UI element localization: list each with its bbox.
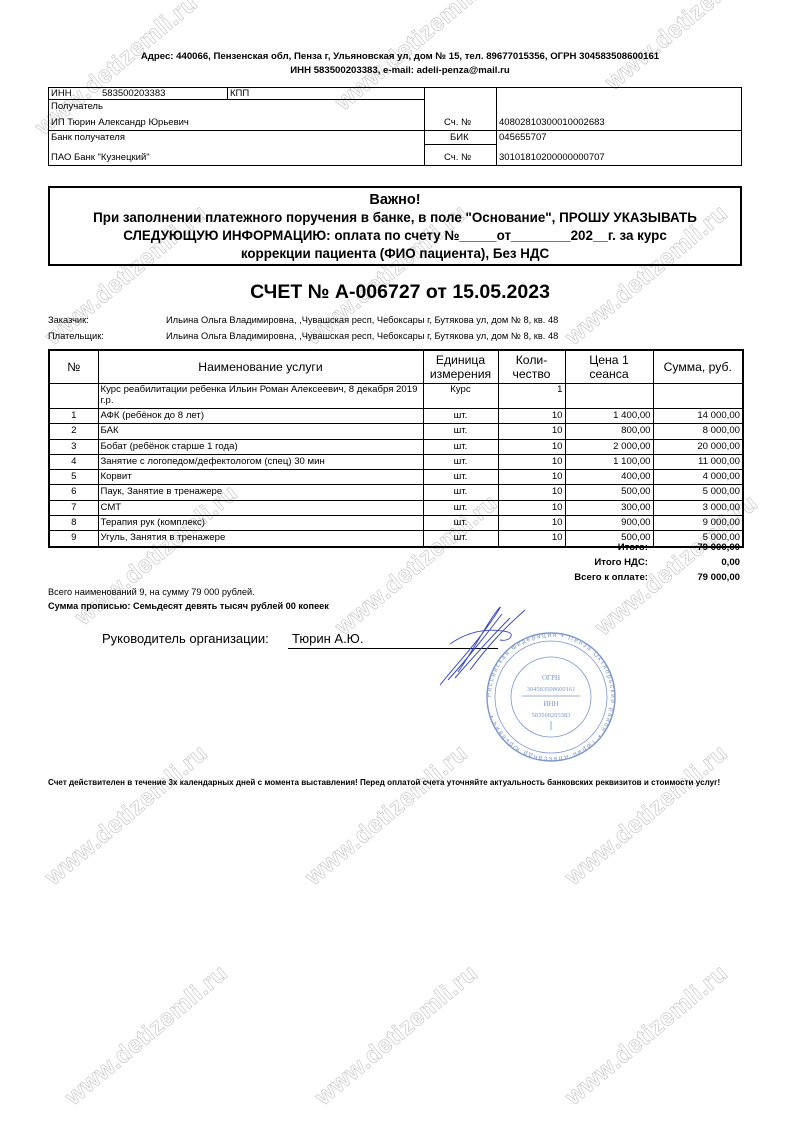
recipient-label: Получатель <box>51 101 103 112</box>
watermark-text: www.detizemli.ru <box>40 739 214 891</box>
row-qty: 10 <box>498 424 565 439</box>
col-sum-header: Сумма, руб. <box>653 350 743 384</box>
bik-value: 045655707 <box>499 132 547 143</box>
table-row: 4Занятие с логопедом/дефектологом (спец)… <box>49 454 743 469</box>
row-qty: 10 <box>498 454 565 469</box>
col-price-header: Цена 1сеанса <box>565 350 653 384</box>
row-sum: 8 000,00 <box>653 424 743 439</box>
course-qty: 1 <box>498 384 565 409</box>
row-price: 1 100,00 <box>565 454 653 469</box>
row-unit: шт. <box>423 500 498 515</box>
bank-name-label: Банк получателя <box>51 132 125 143</box>
row-unit: шт. <box>423 470 498 485</box>
row-num: 9 <box>49 531 98 547</box>
table-row: 6Паук, Занятие в тренажерешт.10500,005 0… <box>49 485 743 500</box>
table-row: 3Бобат (ребёнок старше 1 года)шт.102 000… <box>49 439 743 454</box>
col-num-header: № <box>49 350 98 384</box>
total-label: Итого: <box>480 542 648 553</box>
watermark-text: www.detizemli.ru <box>300 739 474 891</box>
row-num: 3 <box>49 439 98 454</box>
row-name: Занятие с логопедом/дефектологом (спец) … <box>98 454 423 469</box>
notice-title: Важно! <box>50 191 740 209</box>
customer-label: Заказчик: <box>48 315 89 325</box>
vat-value: 0,00 <box>650 557 740 568</box>
corr-account-value: 30101810200000000707 <box>499 152 605 163</box>
watermark-text: www.detizemli.ru <box>60 959 234 1111</box>
row-num: 8 <box>49 516 98 531</box>
row-sum: 14 000,00 <box>653 409 743 424</box>
row-sum: 3 000,00 <box>653 500 743 515</box>
col-qty-header: Коли-чество <box>498 350 565 384</box>
account-value: 40802810300010002683 <box>499 117 605 128</box>
row-num: 4 <box>49 454 98 469</box>
corr-account-label: Сч. № <box>444 152 471 163</box>
table-row: 1АФК (ребёнок до 8 лет)шт.101 400,0014 0… <box>49 409 743 424</box>
vat-label: Итого НДС: <box>480 557 648 568</box>
row-qty: 10 <box>498 439 565 454</box>
row-num: 5 <box>49 470 98 485</box>
header-inn-email: ИНН 583500203383, e-mail: adeli-penza@ma… <box>0 65 800 76</box>
row-sum: 9 000,00 <box>653 516 743 531</box>
recipient-value: ИП Тюрин Александр Юрьевич <box>51 117 189 128</box>
row-name: Угуль, Занятия в тренажере <box>98 531 423 547</box>
row-unit: шт. <box>423 516 498 531</box>
course-name: Курс реабилитации ребенка Ильин Роман Ал… <box>98 384 423 409</box>
invoice-title: СЧЕТ № А-006727 от 15.05.2023 <box>0 281 800 304</box>
payer-label: Плательщик: <box>48 331 104 341</box>
signature-label: Руководитель организации: <box>102 631 269 646</box>
kpp-label: КПП <box>230 88 249 99</box>
table-row: 5Корвитшт.10400,004 000,00 <box>49 470 743 485</box>
inn-value: 583500203383 <box>102 88 165 99</box>
payer-value: Ильина Ольга Владимировна, ,Чувашская ре… <box>166 331 558 341</box>
watermark-text: www.detizemli.ru <box>310 959 484 1111</box>
due-label: Всего к оплате: <box>480 572 648 583</box>
row-num: 6 <box>49 485 98 500</box>
table-row: 8Терапия рук (комплекс)шт.10900,009 000,… <box>49 516 743 531</box>
row-price: 2 000,00 <box>565 439 653 454</box>
signature-name: Тюрин А.Ю. <box>292 631 363 646</box>
amount-in-words: Сумма прописью: Семьдесят девять тысяч р… <box>48 601 329 611</box>
row-name: АФК (ребёнок до 8 лет) <box>98 409 423 424</box>
due-value: 79 000,00 <box>650 572 740 583</box>
row-name: Паук, Занятие в тренажере <box>98 485 423 500</box>
row-price: 500,00 <box>565 485 653 500</box>
row-num: 1 <box>49 409 98 424</box>
account-label: Сч. № <box>444 117 471 128</box>
bank-details-table: ИНН 583500203383 КПП Получатель ИП Тюрин… <box>48 87 742 166</box>
col-unit-header: Единицаизмерения <box>423 350 498 384</box>
row-name: СМТ <box>98 500 423 515</box>
table-row: 2БАКшт.10800,008 000,00 <box>49 424 743 439</box>
validity-note: Счет действителен в течение 3х календарн… <box>48 777 748 789</box>
row-qty: 10 <box>498 470 565 485</box>
watermark-text: www.detizemli.ru <box>600 0 774 96</box>
customer-value: Ильина Ольга Владимировна, ,Чувашская ре… <box>166 315 558 325</box>
svg-text:583500203383: 583500203383 <box>532 712 571 719</box>
row-name: БАК <box>98 424 423 439</box>
course-row: Курс реабилитации ребенка Ильин Роман Ал… <box>49 384 743 409</box>
row-price: 1 400,00 <box>565 409 653 424</box>
row-qty: 10 <box>498 485 565 500</box>
services-table: № Наименование услуги Единицаизмерения К… <box>48 349 744 548</box>
svg-text:ИНН: ИНН <box>543 700 558 708</box>
row-qty: 10 <box>498 409 565 424</box>
row-num: 7 <box>49 500 98 515</box>
row-name: Корвит <box>98 470 423 485</box>
notice-line-1: При заполнении платежного поручения в ба… <box>50 209 740 227</box>
course-unit: Курс <box>423 384 498 409</box>
header-address: Адрес: 440066, Пензенская обл, Пенза г, … <box>0 51 800 62</box>
row-unit: шт. <box>423 485 498 500</box>
row-price: 400,00 <box>565 470 653 485</box>
notice-line-3: коррекции пациента (ФИО пациента), Без Н… <box>50 245 740 263</box>
handwritten-signature <box>430 600 530 690</box>
row-sum: 5 000,00 <box>653 485 743 500</box>
row-price: 900,00 <box>565 516 653 531</box>
row-price: 800,00 <box>565 424 653 439</box>
important-notice-box: Важно! При заполнении платежного поручен… <box>48 186 742 266</box>
row-unit: шт. <box>423 424 498 439</box>
col-name-header: Наименование услуги <box>98 350 423 384</box>
row-price: 300,00 <box>565 500 653 515</box>
total-value: 79 000,00 <box>650 542 740 553</box>
items-count-summary: Всего наименований 9, на сумму 79 000 ру… <box>48 587 255 597</box>
inn-label: ИНН <box>51 88 72 99</box>
row-num: 2 <box>49 424 98 439</box>
row-unit: шт. <box>423 454 498 469</box>
row-qty: 10 <box>498 516 565 531</box>
bank-name-value: ПАО Банк "Кузнецкий" <box>51 152 150 163</box>
table-header-row: № Наименование услуги Единицаизмерения К… <box>49 350 743 384</box>
svg-text:304583508600161: 304583508600161 <box>527 686 576 693</box>
svg-text:ОГРН: ОГРН <box>542 674 560 682</box>
row-qty: 10 <box>498 500 565 515</box>
row-sum: 20 000,00 <box>653 439 743 454</box>
row-name: Бобат (ребёнок старше 1 года) <box>98 439 423 454</box>
row-name: Терапия рук (комплекс) <box>98 516 423 531</box>
table-row: 7СМТшт.10300,003 000,00 <box>49 500 743 515</box>
watermark-text: www.detizemli.ru <box>560 959 734 1111</box>
notice-line-2: СЛЕДУЮЩУЮ ИНФОРМАЦИЮ: оплата по счету №_… <box>50 227 740 245</box>
row-unit: шт. <box>423 439 498 454</box>
row-sum: 4 000,00 <box>653 470 743 485</box>
row-unit: шт. <box>423 409 498 424</box>
row-sum: 11 000,00 <box>653 454 743 469</box>
bik-label: БИК <box>450 132 469 143</box>
